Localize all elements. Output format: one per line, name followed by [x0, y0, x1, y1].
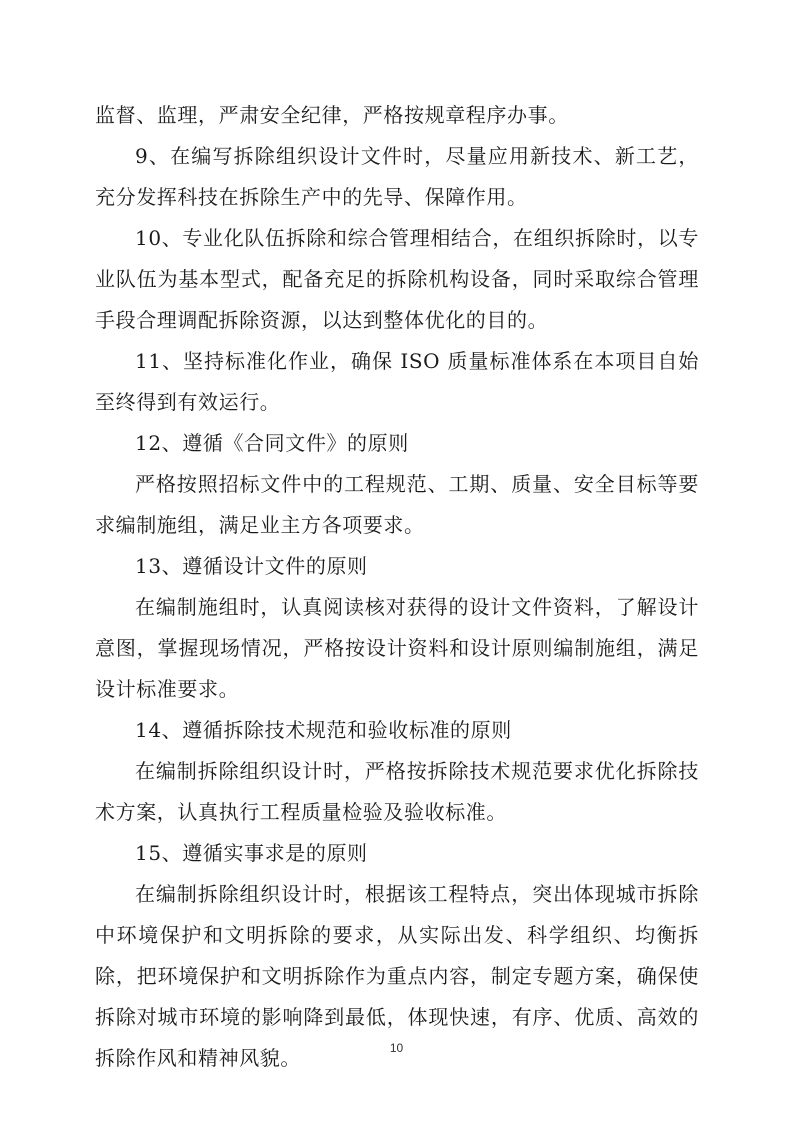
heading-item-13: 13、遵循设计文件的原则 — [95, 546, 699, 587]
heading-item-15: 15、遵循实事求是的原则 — [95, 833, 699, 874]
paragraph-item-13-body: 在编制施组时，认真阅读核对获得的设计文件资料，了解设计意图，掌握现场情况，严格按… — [95, 587, 699, 710]
paragraph-item-9: 9、在编写拆除组织设计文件时，尽量应用新技术、新工艺，充分发挥科技在拆除生产中的… — [95, 136, 699, 218]
paragraph-continuation: 监督、监理，严肃安全纪律，严格按规章程序办事。 — [95, 95, 699, 136]
paragraph-item-14-body: 在编制拆除组织设计时，严格按拆除技术规范要求优化拆除技术方案，认真执行工程质量检… — [95, 751, 699, 833]
paragraph-item-12-body: 严格按照招标文件中的工程规范、工期、质量、安全目标等要求编制施组，满足业主方各项… — [95, 464, 699, 546]
page-number: 10 — [0, 1041, 793, 1055]
paragraph-item-11: 11、坚持标准化作业，确保 ISO 质量标准体系在本项目自始至终得到有效运行。 — [95, 341, 699, 423]
paragraph-item-10: 10、专业化队伍拆除和综合管理相结合，在组织拆除时，以专业队伍为基本型式，配备充… — [95, 218, 699, 341]
heading-item-14: 14、遵循拆除技术规范和验收标准的原则 — [95, 710, 699, 751]
document-body: 监督、监理，严肃安全纪律，严格按规章程序办事。 9、在编写拆除组织设计文件时，尽… — [95, 95, 699, 1079]
heading-item-12: 12、遵循《合同文件》的原则 — [95, 423, 699, 464]
